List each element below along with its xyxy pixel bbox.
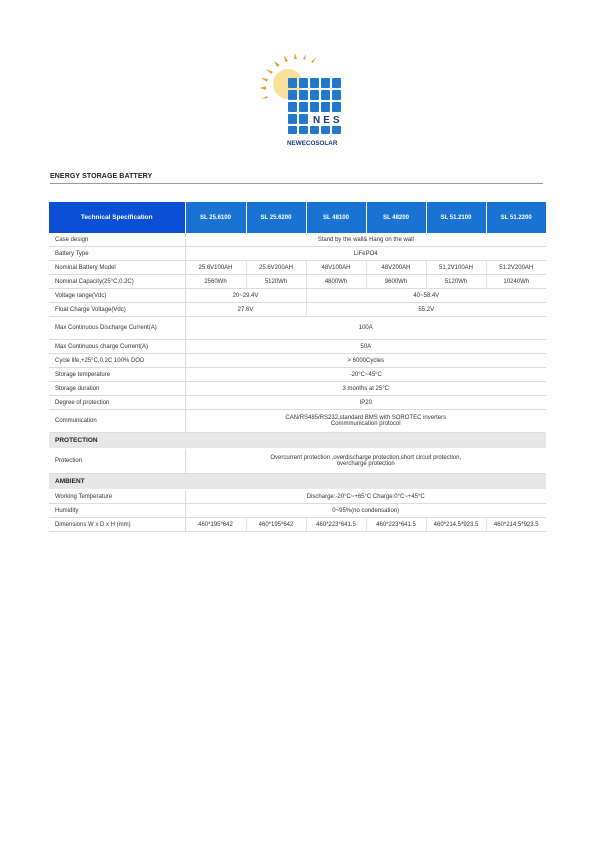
table-row: Case design Stand by the wall& Hang on t… [49, 233, 546, 247]
row-value: 9600Wh [366, 275, 426, 289]
row-value: Stand by the wall& Hang on the wall [185, 233, 546, 247]
row-value: 3 months at 25°C [185, 382, 546, 396]
table-row: Nominal Capacity(25°C,0.2C) 2560Wh 5120W… [49, 275, 546, 289]
table-header-row: Technical Specification SL 25.6100 SL 25… [49, 202, 546, 233]
row-label: Voltage range(Vdc) [49, 289, 185, 303]
protection-line-2: overcharge protection [189, 461, 544, 467]
row-label: Storage temperature [49, 368, 185, 382]
table-row: Max Continuous Discharge Current(A) 100A [49, 317, 546, 340]
row-label: Battery Type [49, 247, 185, 261]
header-model: SL 51.2200 [486, 202, 546, 233]
row-value: CAN/RS485/RS232,standard BMS with SOROTE… [185, 410, 546, 433]
row-value: 5120Wh [246, 275, 306, 289]
table-row: Cycle life,+25°C,0.2C 100% DOD > 6000Cyc… [49, 354, 546, 368]
row-value: 0~95%(no condensation) [185, 504, 546, 518]
row-value: 460*195*642 [185, 518, 246, 532]
row-value: 48V100AH [306, 261, 366, 275]
row-value: 460*214.5*923.5 [486, 518, 546, 532]
row-label: Storage duration [49, 382, 185, 396]
header-model: SL 25.6100 [185, 202, 246, 233]
table-row: Storage temperature -20°C~45°C [49, 368, 546, 382]
row-value: IP20 [185, 396, 546, 410]
row-label: Max Continuous charge Current(A) [49, 340, 185, 354]
row-value: 27.6V [185, 303, 306, 317]
row-value: 4800Wh [306, 275, 366, 289]
row-label: Degree of protection [49, 396, 185, 410]
row-label: Float Charge Voltage(Vdc) [49, 303, 185, 317]
sun-panel-logo-icon: NES NEWECOSOLAR [258, 52, 348, 152]
row-value: 20~29.4V [185, 289, 306, 303]
title-divider [50, 183, 543, 184]
row-value: 460*214.5*923.5 [426, 518, 486, 532]
table-row: Humidity 0~95%(no condensation) [49, 504, 546, 518]
table-row: Storage duration 3 months at 25°C [49, 382, 546, 396]
table-row: Protection Overcurrent protection ,overd… [49, 449, 546, 474]
row-value: 25.6V100AH [185, 261, 246, 275]
row-label: Nominal Capacity(25°C,0.2C) [49, 275, 185, 289]
row-value: 10240Wh [486, 275, 546, 289]
row-value: 25.6V200AH [246, 261, 306, 275]
table-row: Max Continuous charge Current(A) 50A [49, 340, 546, 354]
header-model: SL 51.2100 [426, 202, 486, 233]
row-value: -20°C~45°C [185, 368, 546, 382]
table-row: Degree of protection IP20 [49, 396, 546, 410]
row-label: Communication [49, 410, 185, 433]
svg-text:NEWECOSOLAR: NEWECOSOLAR [287, 140, 338, 147]
row-value: 5120Wh [426, 275, 486, 289]
row-value: 460*223*641.5 [306, 518, 366, 532]
table-row: Voltage range(Vdc) 20~29.4V 40~58.4V [49, 289, 546, 303]
row-label: Cycle life,+25°C,0.2C 100% DOD [49, 354, 185, 368]
row-label: Working Temperature [49, 490, 185, 504]
row-value: Discharge:-20°C~+65°C Charge:0°C~+45°C [185, 490, 546, 504]
table-row: Battery Type LiFePO4 [49, 247, 546, 261]
row-label: Humidity [49, 504, 185, 518]
section-title-ambient: AMBIENT [49, 474, 546, 490]
header-model: SL 48100 [306, 202, 366, 233]
row-label: Nominal Battery Model [49, 261, 185, 275]
row-value: 55.2V [306, 303, 546, 317]
row-value: LiFePO4 [185, 247, 546, 261]
section-title-protection: PROTECTION [49, 433, 546, 449]
header-model: SL 48200 [366, 202, 426, 233]
row-value: 100A [185, 317, 546, 340]
section-header-protection: PROTECTION [49, 433, 546, 449]
table-row: Working Temperature Discharge:-20°C~+65°… [49, 490, 546, 504]
row-label: Max Continuous Discharge Current(A) [49, 317, 185, 340]
table-row: Dimensions W x D x H (mm) 460*195*642 46… [49, 518, 546, 532]
header-model: SL 25.6200 [246, 202, 306, 233]
row-value: 460*195*642 [246, 518, 306, 532]
row-label: Protection [49, 449, 185, 474]
row-value: Overcurrent protection ,overdischarge pr… [185, 449, 546, 474]
table-row: Communication CAN/RS485/RS232,standard B… [49, 410, 546, 433]
spec-table: Technical Specification SL 25.6100 SL 25… [49, 202, 546, 532]
newecosolar-logo: NES NEWECOSOLAR [258, 52, 348, 152]
communication-line-2: Commmunication protocol [189, 421, 544, 427]
row-value: > 6000Cycles [185, 354, 546, 368]
row-value: 460*223*641.5 [366, 518, 426, 532]
row-value: 2560Wh [185, 275, 246, 289]
section-title: ENERGY STORAGE BATTERY [50, 173, 152, 180]
header-technical-specification: Technical Specification [49, 202, 185, 233]
section-header-ambient: AMBIENT [49, 474, 546, 490]
row-value: 40~58.4V [306, 289, 546, 303]
row-value: 51.2V200AH [486, 261, 546, 275]
table-row: Nominal Battery Model 25.6V100AH 25.6V20… [49, 261, 546, 275]
row-value: 50A [185, 340, 546, 354]
table-row: Float Charge Voltage(Vdc) 27.6V 55.2V [49, 303, 546, 317]
row-value: 48V200AH [366, 261, 426, 275]
row-value: 51.2V100AH [426, 261, 486, 275]
svg-text:NES: NES [313, 115, 343, 126]
row-label: Dimensions W x D x H (mm) [49, 518, 185, 532]
row-label: Case design [49, 233, 185, 247]
